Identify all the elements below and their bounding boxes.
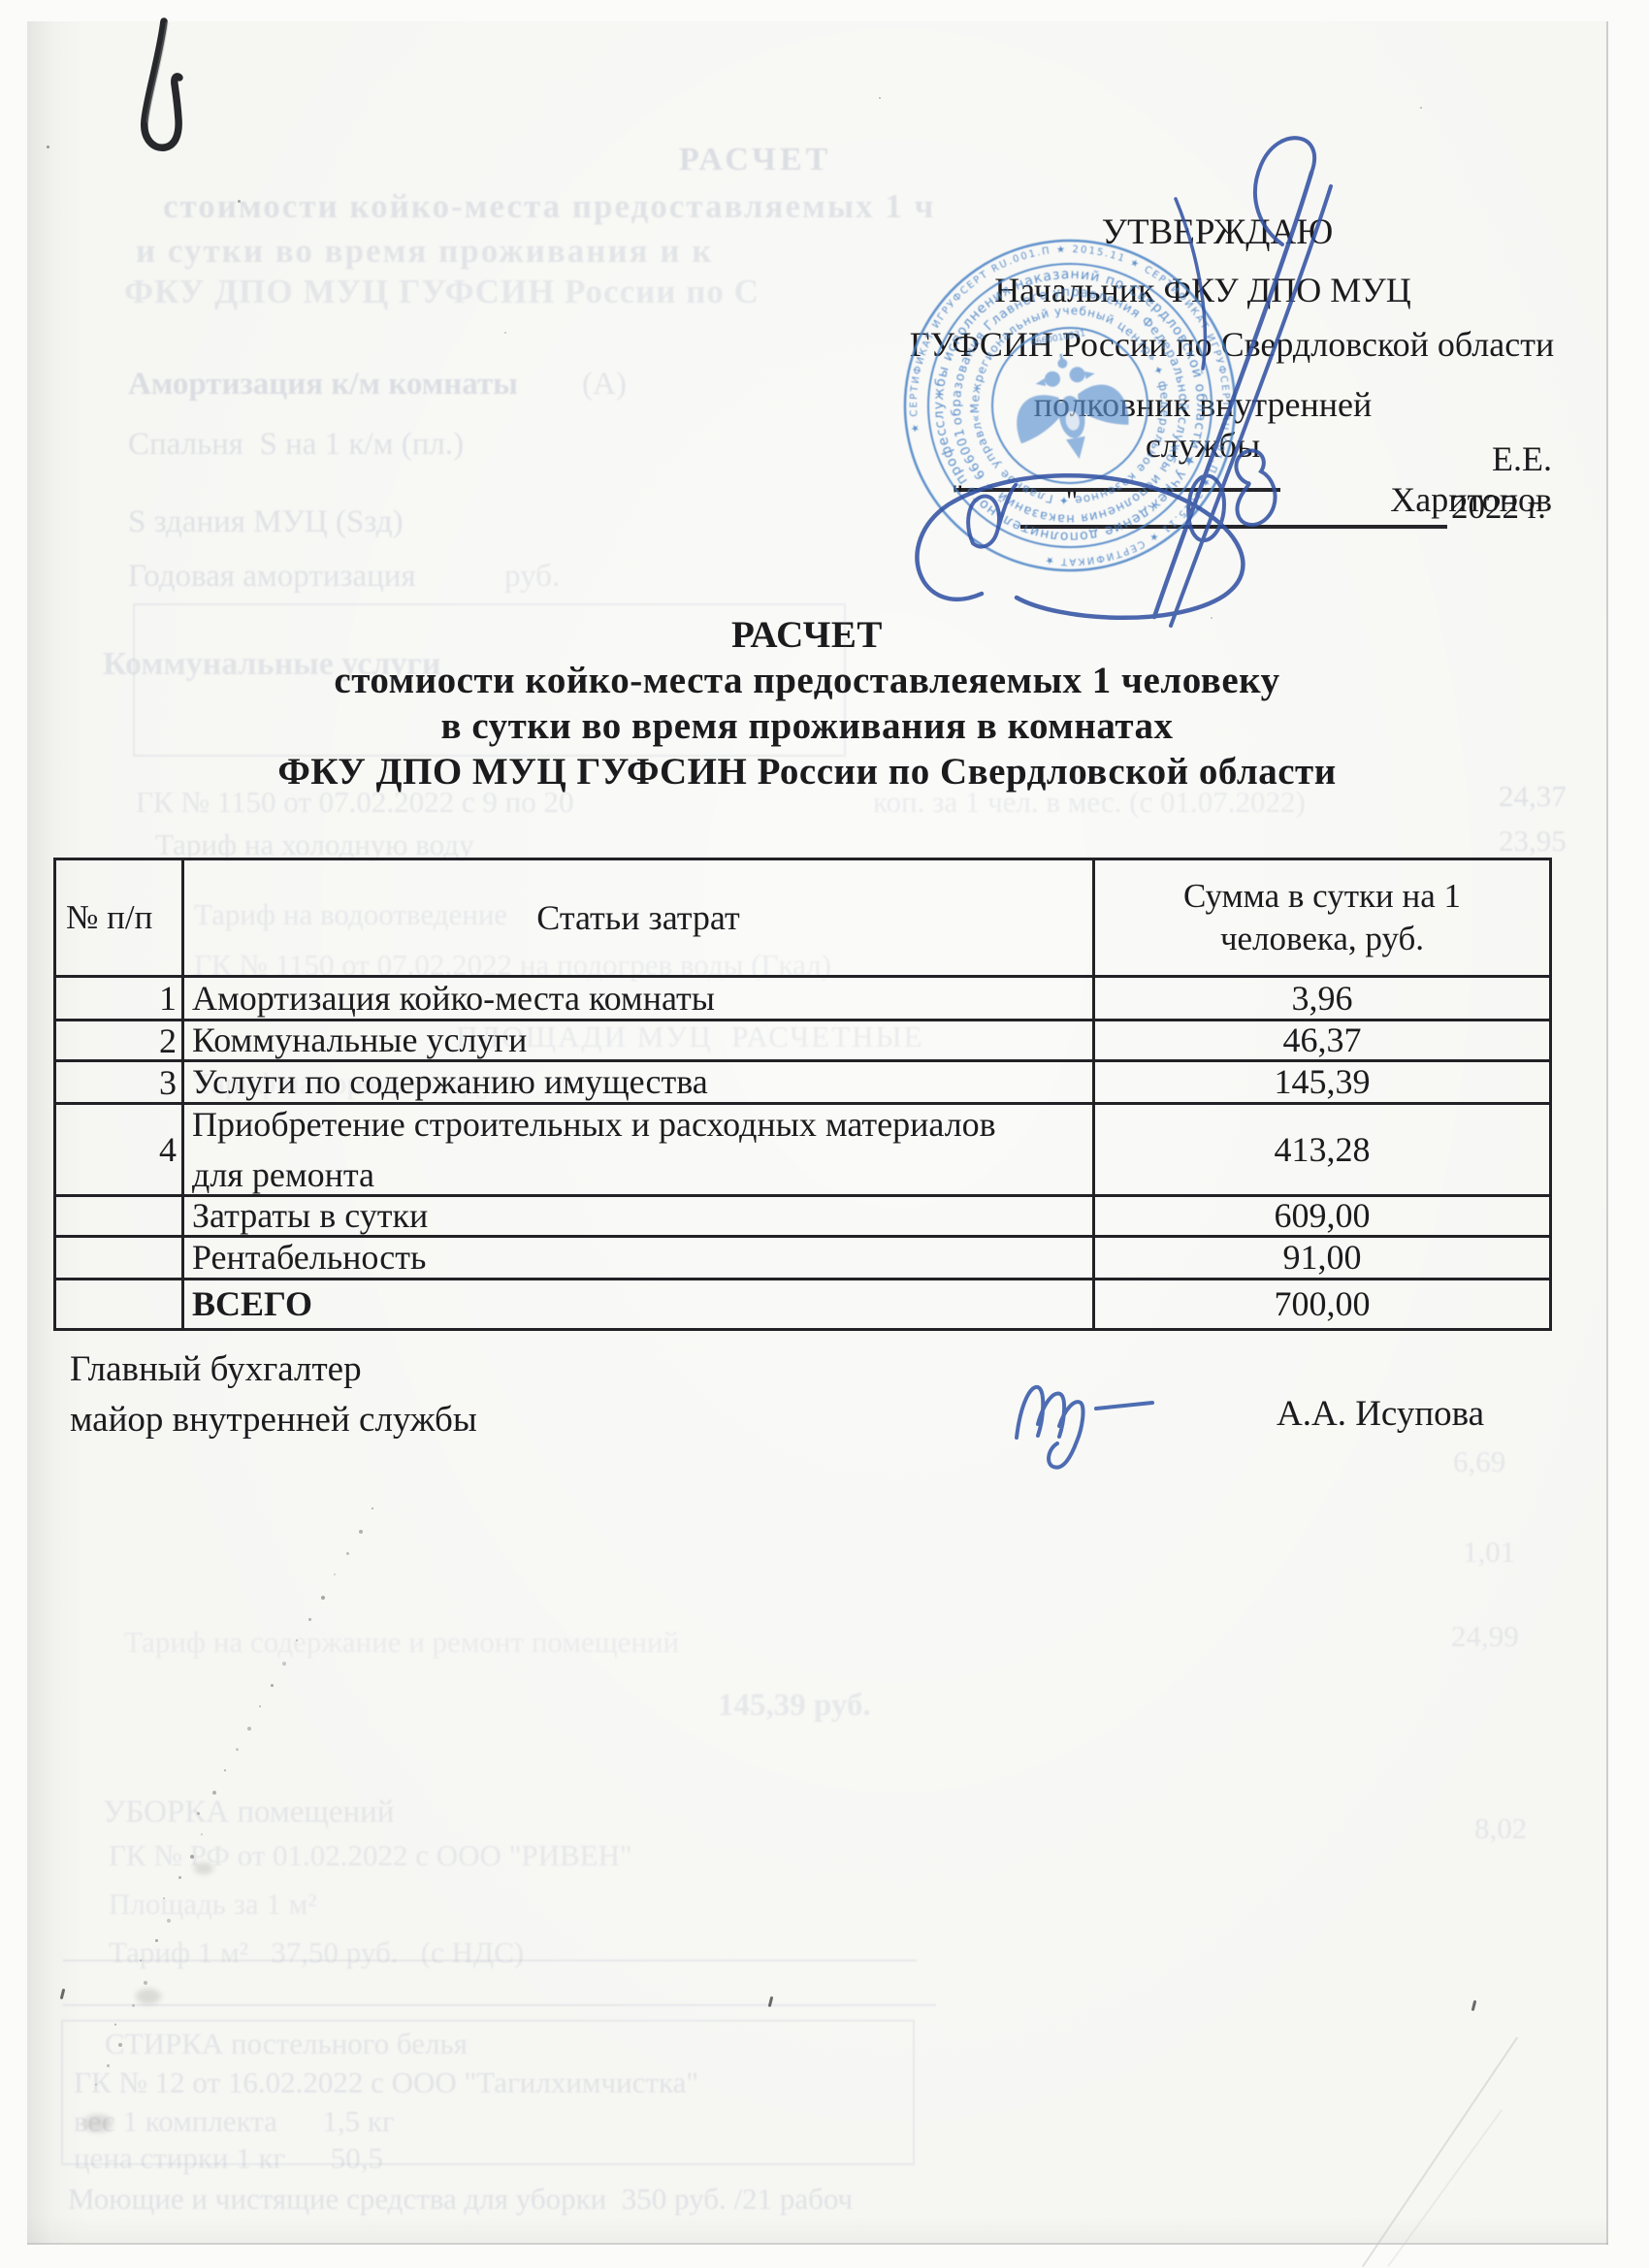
approval-year: 2022 г.	[1451, 488, 1606, 527]
scan-speck	[47, 146, 49, 148]
pen-signature-accountant	[999, 1368, 1174, 1484]
ghost-box	[133, 603, 846, 757]
ghost-text: 24,99	[1451, 1620, 1519, 1653]
ghost-text: ГК № 1150 от 07.02.2022 с 9 по 20	[136, 786, 574, 819]
row-value: 609,00	[1095, 1197, 1549, 1235]
ghost-text: стоимости койко-места предоставляемых 1 …	[163, 188, 935, 226]
scan-speck	[282, 1662, 286, 1666]
paper-clip-icon	[116, 10, 223, 175]
row-value: 91,00	[1095, 1238, 1549, 1278]
table-header-row: № п/п Статьи затрат Сумма в сутки на 1 ч…	[56, 860, 1549, 978]
header-num: № п/п	[56, 860, 184, 975]
header-sum: Сумма в сутки на 1 человека, руб.	[1095, 860, 1549, 975]
scan-speck	[321, 1596, 325, 1600]
scan-speck	[212, 1791, 216, 1795]
row-num	[56, 1197, 184, 1235]
row-label: Коммунальные услуги	[184, 1021, 1095, 1059]
row-value-total: 700,00	[1095, 1280, 1549, 1328]
row-label: Затраты в сутки	[184, 1197, 1095, 1235]
ghost-text: Моющие и чистящие средства для уборки 35…	[68, 2183, 853, 2216]
ghost-text: 8,02	[1474, 1812, 1527, 1845]
ghost-text: Тариф 1 м² 37,50 руб. (с НДС)	[109, 1936, 524, 1969]
row-value: 3,96	[1095, 978, 1549, 1019]
cost-table: № п/п Статьи затрат Сумма в сутки на 1 ч…	[53, 858, 1552, 1331]
scan-speck	[95, 2084, 97, 2086]
table-row-total: ВСЕГО 700,00	[56, 1280, 1549, 1328]
ghost-box	[61, 2020, 915, 2165]
row-value: 145,39	[1095, 1062, 1549, 1102]
scan-speck	[296, 1639, 298, 1641]
ghost-text: и сутки во время проживания и к	[136, 233, 713, 271]
ghost-text: 23,95	[1499, 825, 1567, 858]
header-items: Статьи затрат	[184, 860, 1095, 975]
row-num	[56, 1280, 184, 1328]
scan-speck	[107, 2064, 110, 2067]
row-value: 46,37	[1095, 1021, 1549, 1059]
scan-speck	[190, 1855, 194, 1859]
scan-speck	[308, 1618, 311, 1621]
scan-speck	[114, 2024, 116, 2025]
ghost-text: 24,37	[1499, 780, 1567, 813]
scan-speck	[504, 332, 506, 334]
scan-speck	[197, 1812, 200, 1815]
scan-speck	[879, 97, 881, 99]
footer-post-line1: Главный бухгалтер	[70, 1348, 362, 1390]
row-num: 3	[56, 1062, 184, 1102]
scan-speck	[140, 1960, 142, 1961]
ghost-text: 145,39 руб.	[718, 1688, 871, 1723]
scan-speck	[1211, 617, 1212, 619]
scan-speck	[372, 1507, 373, 1509]
table-row: Рентабельность 91,00	[56, 1238, 1549, 1280]
scan-smudge	[136, 1989, 161, 2004]
ghost-text: S здания МУЦ (Sзд)	[128, 504, 404, 539]
ghost-text: Спальня S на 1 к/м (пл.)	[128, 427, 464, 462]
scan-speck	[144, 1981, 147, 1985]
ghost-text: РАСЧЕТ	[679, 142, 831, 178]
scan-speck	[167, 1919, 171, 1923]
table-row: 4 Приобретение строительных и расходных …	[56, 1105, 1549, 1197]
footer-post-line2: майор внутренней службы	[70, 1399, 477, 1441]
ghost-text: УБОРКА помещений	[103, 1795, 394, 1830]
ghost-text: Тариф на содержание и ремонт помещений	[124, 1626, 679, 1659]
ghost-text: руб.	[504, 559, 560, 594]
accountant-name: А.А. Исупова	[1277, 1393, 1484, 1435]
header-sum-line1: Сумма в сутки на 1	[1183, 875, 1461, 918]
row-num: 1	[56, 978, 184, 1019]
ghost-text: Годовая амортизация	[128, 559, 416, 594]
ghost-text: Площадь за 1 м²	[109, 1888, 317, 1921]
paper-bottom-edge	[27, 2243, 1608, 2245]
row-label: Приобретение строительных и расходных ма…	[184, 1105, 1095, 1194]
scan-speck	[359, 1530, 363, 1534]
ghost-text: Амортизация к/м комнаты	[128, 367, 518, 402]
ghost-text: ФКУ ДПО МУЦ ГУФСИН России по С	[124, 274, 760, 311]
scan-speck	[201, 1833, 203, 1835]
ghost-text: 1,01	[1463, 1536, 1515, 1569]
scan-speck	[155, 1939, 158, 1942]
scan-speck	[247, 1727, 251, 1731]
ghost-text: (А)	[582, 367, 627, 402]
row-value: 413,28	[1095, 1105, 1549, 1194]
scan-speck	[224, 1769, 226, 1771]
row-num: 4	[56, 1105, 184, 1194]
scan-speck	[178, 1876, 181, 1879]
scan-speck	[163, 1897, 165, 1899]
scan-speck	[132, 2004, 135, 2007]
ghost-text: 6,69	[1453, 1445, 1505, 1478]
row-num: 2	[56, 1021, 184, 1059]
row-label-total: ВСЕГО	[184, 1280, 1095, 1328]
scan-speck	[236, 1748, 239, 1751]
scan-speck	[238, 200, 241, 203]
pen-signature-top	[873, 136, 1416, 660]
scan-smudge	[83, 2115, 113, 2132]
scan-speck	[1420, 107, 1422, 109]
scan-speck	[346, 1552, 349, 1555]
scan-speck	[259, 1705, 261, 1707]
row-num	[56, 1238, 184, 1278]
row-label: Амортизация койко-места комнаты	[184, 978, 1095, 1019]
ghost-rule	[63, 1960, 917, 1961]
ghost-text: коп. за 1 чел. в мес. (с 01.07.2022)	[873, 786, 1306, 819]
ghost-text: ГК № РФ от 01.02.2022 с ООО "РИВЕН"	[109, 1839, 632, 1872]
scan-speck	[271, 1684, 274, 1687]
header-sum-line2: человека, руб.	[1220, 918, 1424, 960]
ghost-rule	[63, 2004, 936, 2006]
row-label: Услуги по содержанию имущества	[184, 1062, 1095, 1102]
scan-speck	[334, 1573, 336, 1575]
scan-smudge	[194, 1863, 213, 1874]
scan-speck	[118, 2043, 122, 2047]
row-label: Рентабельность	[184, 1238, 1095, 1278]
paper-right-edge	[1606, 21, 1608, 2245]
ghost-text: Тариф на холодную воду	[155, 828, 474, 861]
